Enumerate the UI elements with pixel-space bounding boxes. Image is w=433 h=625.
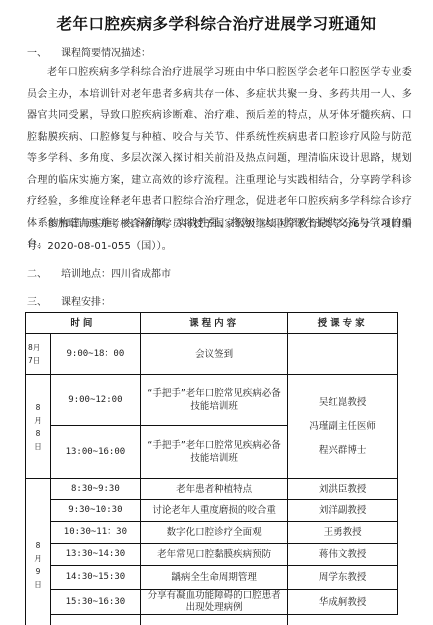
expert-cell: [288, 615, 398, 625]
section-title: 课程简要情况描述：: [61, 44, 151, 59]
date-part: 7日: [28, 354, 48, 367]
table-row: 15:30~16:30 分享有凝血功能障碍的口腔患者出现处理病例 华成舸教授: [26, 590, 398, 615]
table-row: 8 月 8 日 9:00~12:00 “手把手”老年口腔常见疾病必备技能培训班 …: [26, 375, 398, 426]
expert-name: 程兴群博士: [292, 439, 393, 463]
content-cell: 讨论老年人重度磨损的咬合重: [140, 500, 288, 522]
section-title: 课程安排：: [61, 293, 111, 308]
content-cell: 老年常见口腔黏膜疾病预防: [140, 544, 288, 566]
section-number: 二、: [27, 265, 61, 280]
expert-name: 吴红崑教授: [292, 391, 393, 415]
header-content: 课程内容: [140, 313, 288, 334]
table-row: 10:30~11：30 数字化口腔诊疗全面观 王勇教授: [26, 522, 398, 544]
expert-name: 冯瑾副主任医师: [292, 415, 393, 439]
time-cell: 10:30~11：30: [50, 522, 140, 544]
date-part: 月: [28, 552, 48, 565]
expert-cell: 刘洋副教授: [288, 500, 398, 522]
date-cell-aug9: 8 月 9 日: [26, 479, 51, 625]
date-part: 9: [28, 565, 48, 578]
section-number: 一、: [27, 44, 61, 59]
table-row: 9:30~10:30 讨论老年人重度磨损的咬合重 刘洋副教授: [26, 500, 398, 522]
expert-cell: 王勇教授: [288, 522, 398, 544]
section-1-heading: 一、 课程简要情况描述：: [27, 44, 151, 59]
date-part: 8: [28, 539, 48, 552]
table-row: 14:30~15:30 龋病全生命周期管理 周学东教授: [26, 566, 398, 590]
document-title: 老年口腔疾病多学科综合治疗进展学习班通知: [0, 12, 433, 34]
date-part: 8: [28, 427, 48, 440]
time-cell: 14:30~15:30: [50, 566, 140, 590]
expert-cell: 刘洪臣教授: [288, 479, 398, 500]
content-cell: [140, 615, 288, 625]
header-time: 时间: [26, 313, 141, 334]
date-part: 月: [28, 414, 48, 427]
expert-cell: [288, 334, 398, 375]
content-cell: 数字化口腔诊疗全面观: [140, 522, 288, 544]
expert-cell: 华成舸教授: [288, 590, 398, 615]
expert-cell: 蒋伟文教授: [288, 544, 398, 566]
time-cell: 9:00~18：00: [50, 334, 140, 375]
date-part: 8: [28, 401, 48, 414]
section-3-heading: 三、 课程安排：: [27, 293, 111, 308]
header-expert: 授课专家: [288, 313, 398, 334]
time-cell: 9:30~10:30: [50, 500, 140, 522]
section-2-heading: 二、 培训地点：四川省成都市: [27, 265, 171, 280]
content-cell: 分享有凝血功能障碍的口腔患者出现处理病例: [140, 590, 288, 615]
time-cell: 9:00~12:00: [50, 375, 140, 426]
time-cell: 15:30~16:30: [50, 590, 140, 615]
expert-cell: 吴红崑教授 冯瑾副主任医师 程兴群博士: [288, 375, 398, 479]
date-part: 日: [28, 440, 48, 453]
time-cell: 13:30~14:30: [50, 544, 140, 566]
content-cell: 会议签到: [140, 334, 288, 375]
expert-cell: 周学东教授: [288, 566, 398, 590]
date-part: 8月: [28, 341, 48, 354]
date-cell-aug7: 8月 7日: [26, 334, 51, 375]
table-row: 8月 7日 9:00~18：00 会议签到: [26, 334, 398, 375]
table-row: 8 月 9 日 8:30~9:30 老年患者种植特点 刘洪臣教授: [26, 479, 398, 500]
time-cell: 13:00~16:00: [50, 426, 140, 479]
content-cell: 老年患者种植特点: [140, 479, 288, 500]
time-cell: 8:30~9:30: [50, 479, 140, 500]
table-row: 13:30~14:30 老年常见口腔黏膜疾病预防 蒋伟文教授: [26, 544, 398, 566]
section-number: 三、: [27, 293, 61, 308]
table-row-cut-off: [26, 615, 398, 625]
content-cell: 龋病全生命周期管理: [140, 566, 288, 590]
content-cell: “手把手”老年口腔常见疾病必备技能培训班: [140, 375, 288, 426]
date-cell-aug8: 8 月 8 日: [26, 375, 51, 479]
schedule-table: 时间 课程内容 授课专家 8月 7日 9:00~18：00 会议签到 8 月 8…: [25, 312, 398, 625]
credit-paragraph: 参加培训班并考核合格的学员将授予国家级级继续医学教育Ⅰ类学分6分（项目编号：20…: [27, 214, 412, 257]
section-title: 培训地点：四川省成都市: [61, 265, 171, 280]
date-part: 日: [28, 578, 48, 591]
time-cell: [50, 615, 140, 625]
content-cell: “手把手”老年口腔常见疾病必备技能培训班: [140, 426, 288, 479]
table-header-row: 时间 课程内容 授课专家: [26, 313, 398, 334]
